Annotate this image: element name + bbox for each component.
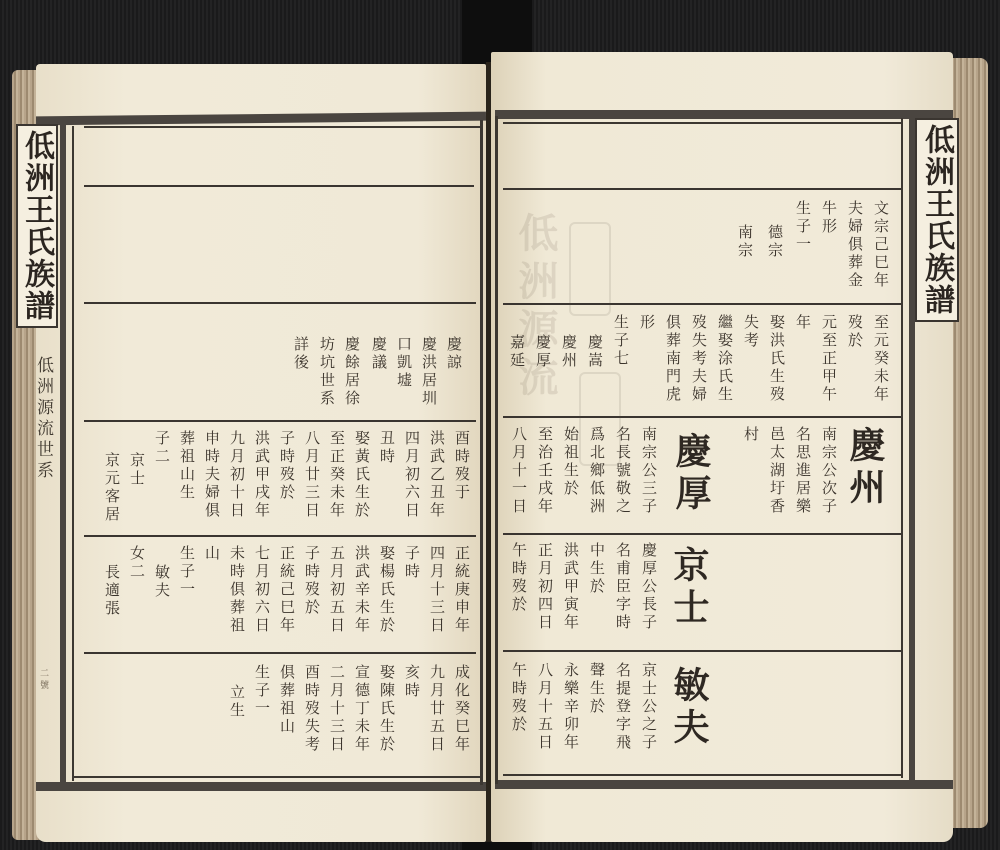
- text-column: 九月廿五日: [429, 664, 444, 754]
- text-column: 子時歿於: [279, 430, 294, 502]
- text-column: 娶黃氏生於: [354, 430, 369, 520]
- text-column: 名提登字飛: [615, 662, 630, 752]
- text-column: 元至正甲午: [821, 314, 836, 404]
- text-column: 八月十五日: [537, 662, 552, 752]
- left-page: 低洲王氏族譜 低洲源流世系 二號 慶諒 慶洪居圳 口凱墟 慶議 慶餘居徐 坊坑世…: [36, 64, 486, 842]
- text-column: 京士公之子: [641, 662, 656, 752]
- text-column: 名思進居樂: [795, 426, 810, 516]
- text-column: 坊坑世系: [319, 336, 334, 408]
- text-column: 亥時: [404, 664, 419, 700]
- text-column: 正統庚申年: [454, 545, 469, 635]
- text-column: 娶洪氏生歿: [769, 314, 784, 404]
- person-name-jingshi: 京士: [671, 546, 707, 630]
- text-column: 南宗: [737, 224, 752, 260]
- spine-title: 低洲王氏族譜: [921, 124, 951, 316]
- text-column: 生子七: [613, 314, 628, 368]
- text-column: 生子一: [179, 545, 194, 599]
- text-column: 口凱墟: [396, 336, 411, 390]
- text-column: 長適張: [104, 564, 119, 618]
- text-column: 洪武甲寅年: [563, 542, 578, 632]
- text-column: 立生: [229, 684, 244, 720]
- spine-subtitle: 低洲源流世系: [34, 356, 51, 482]
- text-column: 爲北鄉低洲: [589, 426, 604, 516]
- text-column: 慶洪居圳: [421, 336, 436, 408]
- bottom-border: [36, 782, 486, 791]
- text-column: 午時歿於: [511, 662, 526, 734]
- text-column: 正月初四日: [537, 542, 552, 632]
- inner-top-rule: [84, 126, 480, 128]
- row-divider: [503, 533, 901, 535]
- text-column: 慶州: [561, 334, 576, 370]
- text-column: 八月廿三日: [304, 430, 319, 520]
- text-column: 名甫臣字時: [615, 542, 630, 632]
- person-name-qingzhou: 慶州: [847, 426, 883, 510]
- bottom-border: [495, 780, 953, 789]
- text-column: 聲生於: [589, 662, 604, 716]
- person-name-qinghou: 慶厚: [673, 432, 709, 516]
- text-column: 繼娶涂氏生: [717, 314, 732, 404]
- inner-bottom-rule: [503, 774, 903, 776]
- top-border: [495, 110, 953, 119]
- text-column: 酉時歿失考: [304, 664, 319, 754]
- left-border: [60, 120, 66, 785]
- row-divider: [84, 535, 476, 537]
- text-column: 申時夫婦俱: [204, 430, 219, 520]
- text-column: 娶陳氏生於: [379, 664, 394, 754]
- text-column: 八月十一日: [511, 426, 526, 516]
- text-column: 形: [639, 314, 654, 332]
- text-column: 生子一: [795, 200, 810, 254]
- text-column: 洪武乙丑年: [429, 430, 444, 520]
- right-page: 低洲源流 低洲王氏族譜 文宗己巳年 夫婦俱葬金 牛形 生子一 德宗 南宗 至元癸…: [491, 52, 953, 842]
- text-column: 慶嵩: [587, 334, 602, 370]
- text-column: 詳後: [293, 336, 308, 372]
- text-column: 洪武甲戌年: [254, 430, 269, 520]
- text-column: 俱葬南門虎: [665, 314, 680, 404]
- text-column: 子時歿於: [304, 545, 319, 617]
- text-column: 二月十三日: [329, 664, 344, 754]
- text-column: 五月初五日: [329, 545, 344, 635]
- text-column: 酉時歿于: [454, 430, 469, 502]
- text-column: 南宗公三子: [641, 426, 656, 516]
- bleed-through-text: 低洲源流: [515, 212, 555, 404]
- inner-left-rule: [72, 126, 74, 781]
- text-column: 娶楊氏生於: [379, 545, 394, 635]
- text-column: 慶厚: [535, 334, 550, 370]
- row-divider: [503, 650, 901, 652]
- inner-right-rule: [901, 118, 903, 778]
- text-column: 子二: [154, 430, 169, 466]
- row-divider: [84, 302, 476, 304]
- text-column: 至正癸未年: [329, 430, 344, 520]
- text-column: 宣德丁未年: [354, 664, 369, 754]
- text-column: 永樂辛卯年: [563, 662, 578, 752]
- text-column: 牛形: [821, 200, 836, 236]
- gutter-border: [480, 120, 483, 785]
- text-column: 慶議: [371, 336, 386, 372]
- text-column: 京士: [129, 452, 144, 488]
- text-column: 至治壬戌年: [537, 426, 552, 516]
- text-column: 七月初六日: [254, 545, 269, 635]
- text-column: 慶諒: [446, 336, 461, 372]
- text-column: 洪武辛未年: [354, 545, 369, 635]
- left-spine-title-box: 低洲王氏族譜: [16, 124, 58, 328]
- text-column: 邑太湖圩香: [769, 426, 784, 516]
- inner-bottom-rule: [74, 776, 480, 778]
- text-column: 正統己巳年: [279, 545, 294, 635]
- right-spine-title-box: 低洲王氏族譜: [915, 118, 959, 322]
- text-column: 歿失考夫婦: [691, 314, 706, 404]
- text-column: 子時: [404, 545, 419, 581]
- gutter-border: [495, 116, 498, 784]
- text-column: 南宗公次子: [821, 426, 836, 516]
- text-column: 成化癸巳年: [454, 664, 469, 754]
- row-divider: [503, 188, 901, 190]
- row-divider: [84, 652, 476, 654]
- bleed-through-seal: [569, 222, 611, 316]
- top-border: [36, 112, 486, 126]
- text-column: 至元癸未年: [873, 314, 888, 404]
- text-column: 京元客居: [104, 452, 119, 524]
- person-name-minfu: 敏夫: [671, 666, 707, 750]
- text-column: 村: [743, 426, 758, 444]
- spine-title: 低洲王氏族譜: [21, 130, 51, 322]
- text-column: 歿於: [847, 314, 862, 350]
- row-divider: [84, 185, 474, 187]
- text-column: 德宗: [767, 224, 782, 260]
- text-column: 九月初十日: [229, 430, 244, 520]
- page-number: 二號: [38, 668, 47, 692]
- text-column: 生子一: [254, 664, 269, 718]
- row-divider: [84, 420, 476, 422]
- text-column: 午時歿於: [511, 542, 526, 614]
- text-column: 女二: [129, 545, 144, 581]
- text-column: 嘉延: [509, 334, 524, 370]
- text-column: 中生於: [589, 542, 604, 596]
- text-column: 丑時: [379, 430, 394, 466]
- text-column: 四月十三日: [429, 545, 444, 635]
- text-column: 葬祖山生: [179, 430, 194, 502]
- text-column: 慶餘居徐: [344, 336, 359, 408]
- text-column: 夫婦俱葬金: [847, 200, 862, 290]
- text-column: 文宗己巳年: [873, 200, 888, 290]
- text-column: 俱葬祖山: [279, 664, 294, 736]
- text-column: 始祖生於: [563, 426, 578, 498]
- text-column: 名長號敬之: [615, 426, 630, 516]
- text-column: 未時俱葬祖: [229, 545, 244, 635]
- text-column: 山: [204, 545, 219, 563]
- text-column: 失考: [743, 314, 758, 350]
- row-divider: [503, 303, 901, 305]
- row-divider: [503, 416, 901, 418]
- text-column: 四月初六日: [404, 430, 419, 520]
- text-column: 年: [795, 314, 810, 332]
- inner-top-rule: [503, 122, 901, 124]
- text-column: 慶厚公長子: [641, 542, 656, 632]
- text-column: 敏夫: [154, 564, 169, 600]
